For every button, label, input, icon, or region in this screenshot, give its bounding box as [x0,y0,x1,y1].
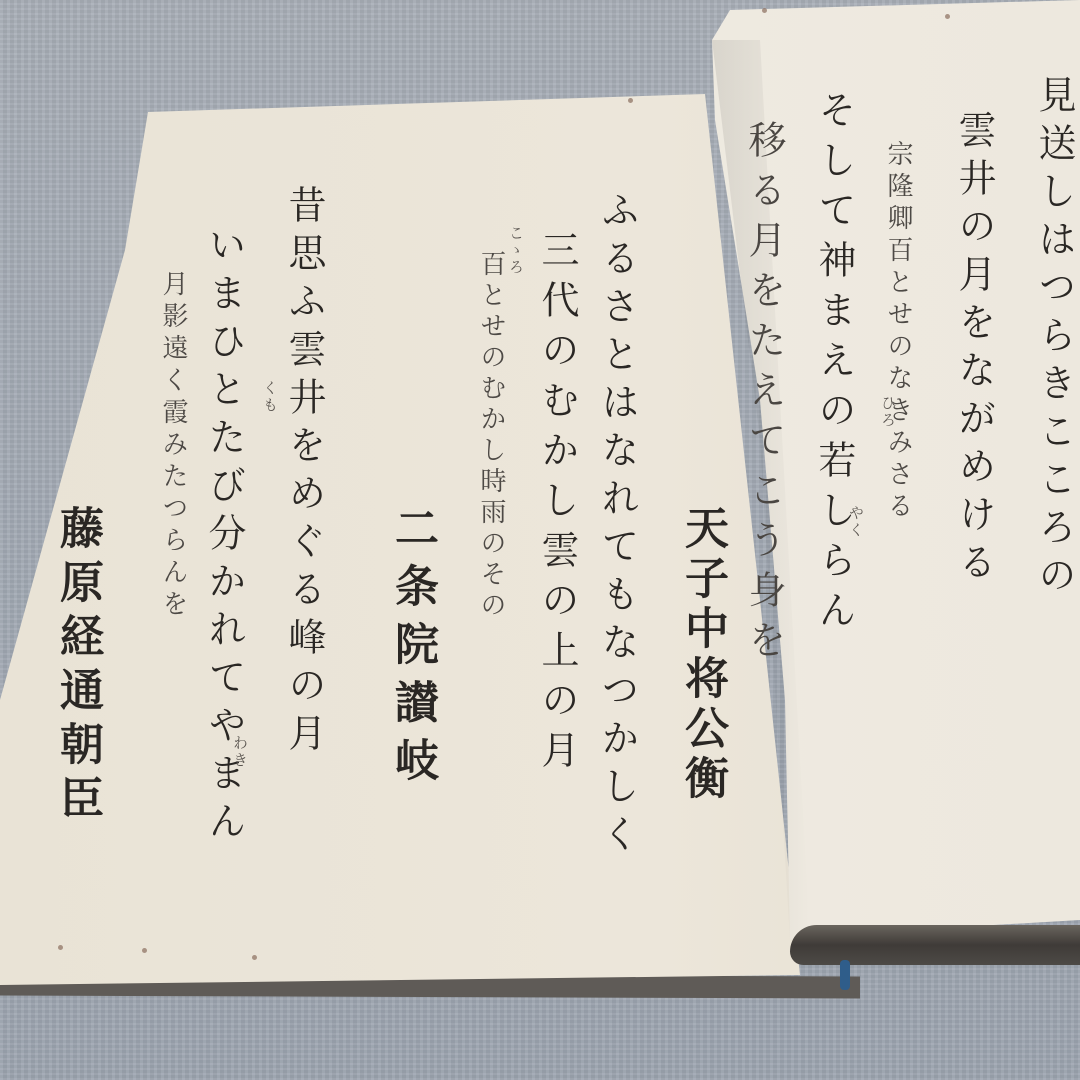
foxing-spot [762,8,767,13]
furigana: やく [848,505,863,539]
foxing-spot [252,955,257,960]
poem-line: 昔思ふ雲井をめぐる峰の月 [285,185,323,761]
furigana: くも [262,380,277,414]
foxing-spot [945,14,950,19]
poet-name-heading: 天子中将公衡 [680,505,724,805]
furigana: ひろ [880,395,895,429]
poet-name: 藤原経通朝臣 [55,505,99,829]
annotation-line: 月影遠く霞みたつらんを [160,270,186,622]
foxing-spot [142,948,147,953]
furigana: わき [232,735,247,769]
poet-name: 二条院讃岐 [390,505,434,795]
right-page-block-edge [790,925,1080,965]
poem-line: 三代のむかし雲の上の月 [538,230,576,780]
poem-line: 雲井の月をながめける [955,110,993,590]
binding-thread [840,960,850,990]
furigana: こゝろ [508,225,523,276]
poem-line: 移る月をたえてこう身を [745,120,783,670]
foxing-spot [58,945,63,950]
poem-line: ふるさとはなれてもなつかしく [598,190,636,862]
poem-line: 見送しはつらきこころの [1035,75,1073,603]
annotation-line: 宗隆卿百とせのなきみさる [885,140,911,524]
foxing-spot [628,98,633,103]
annotation-line: 百とせのむかし時雨のその [478,250,504,622]
poem-line: そして神まえの若しらん [815,90,853,640]
